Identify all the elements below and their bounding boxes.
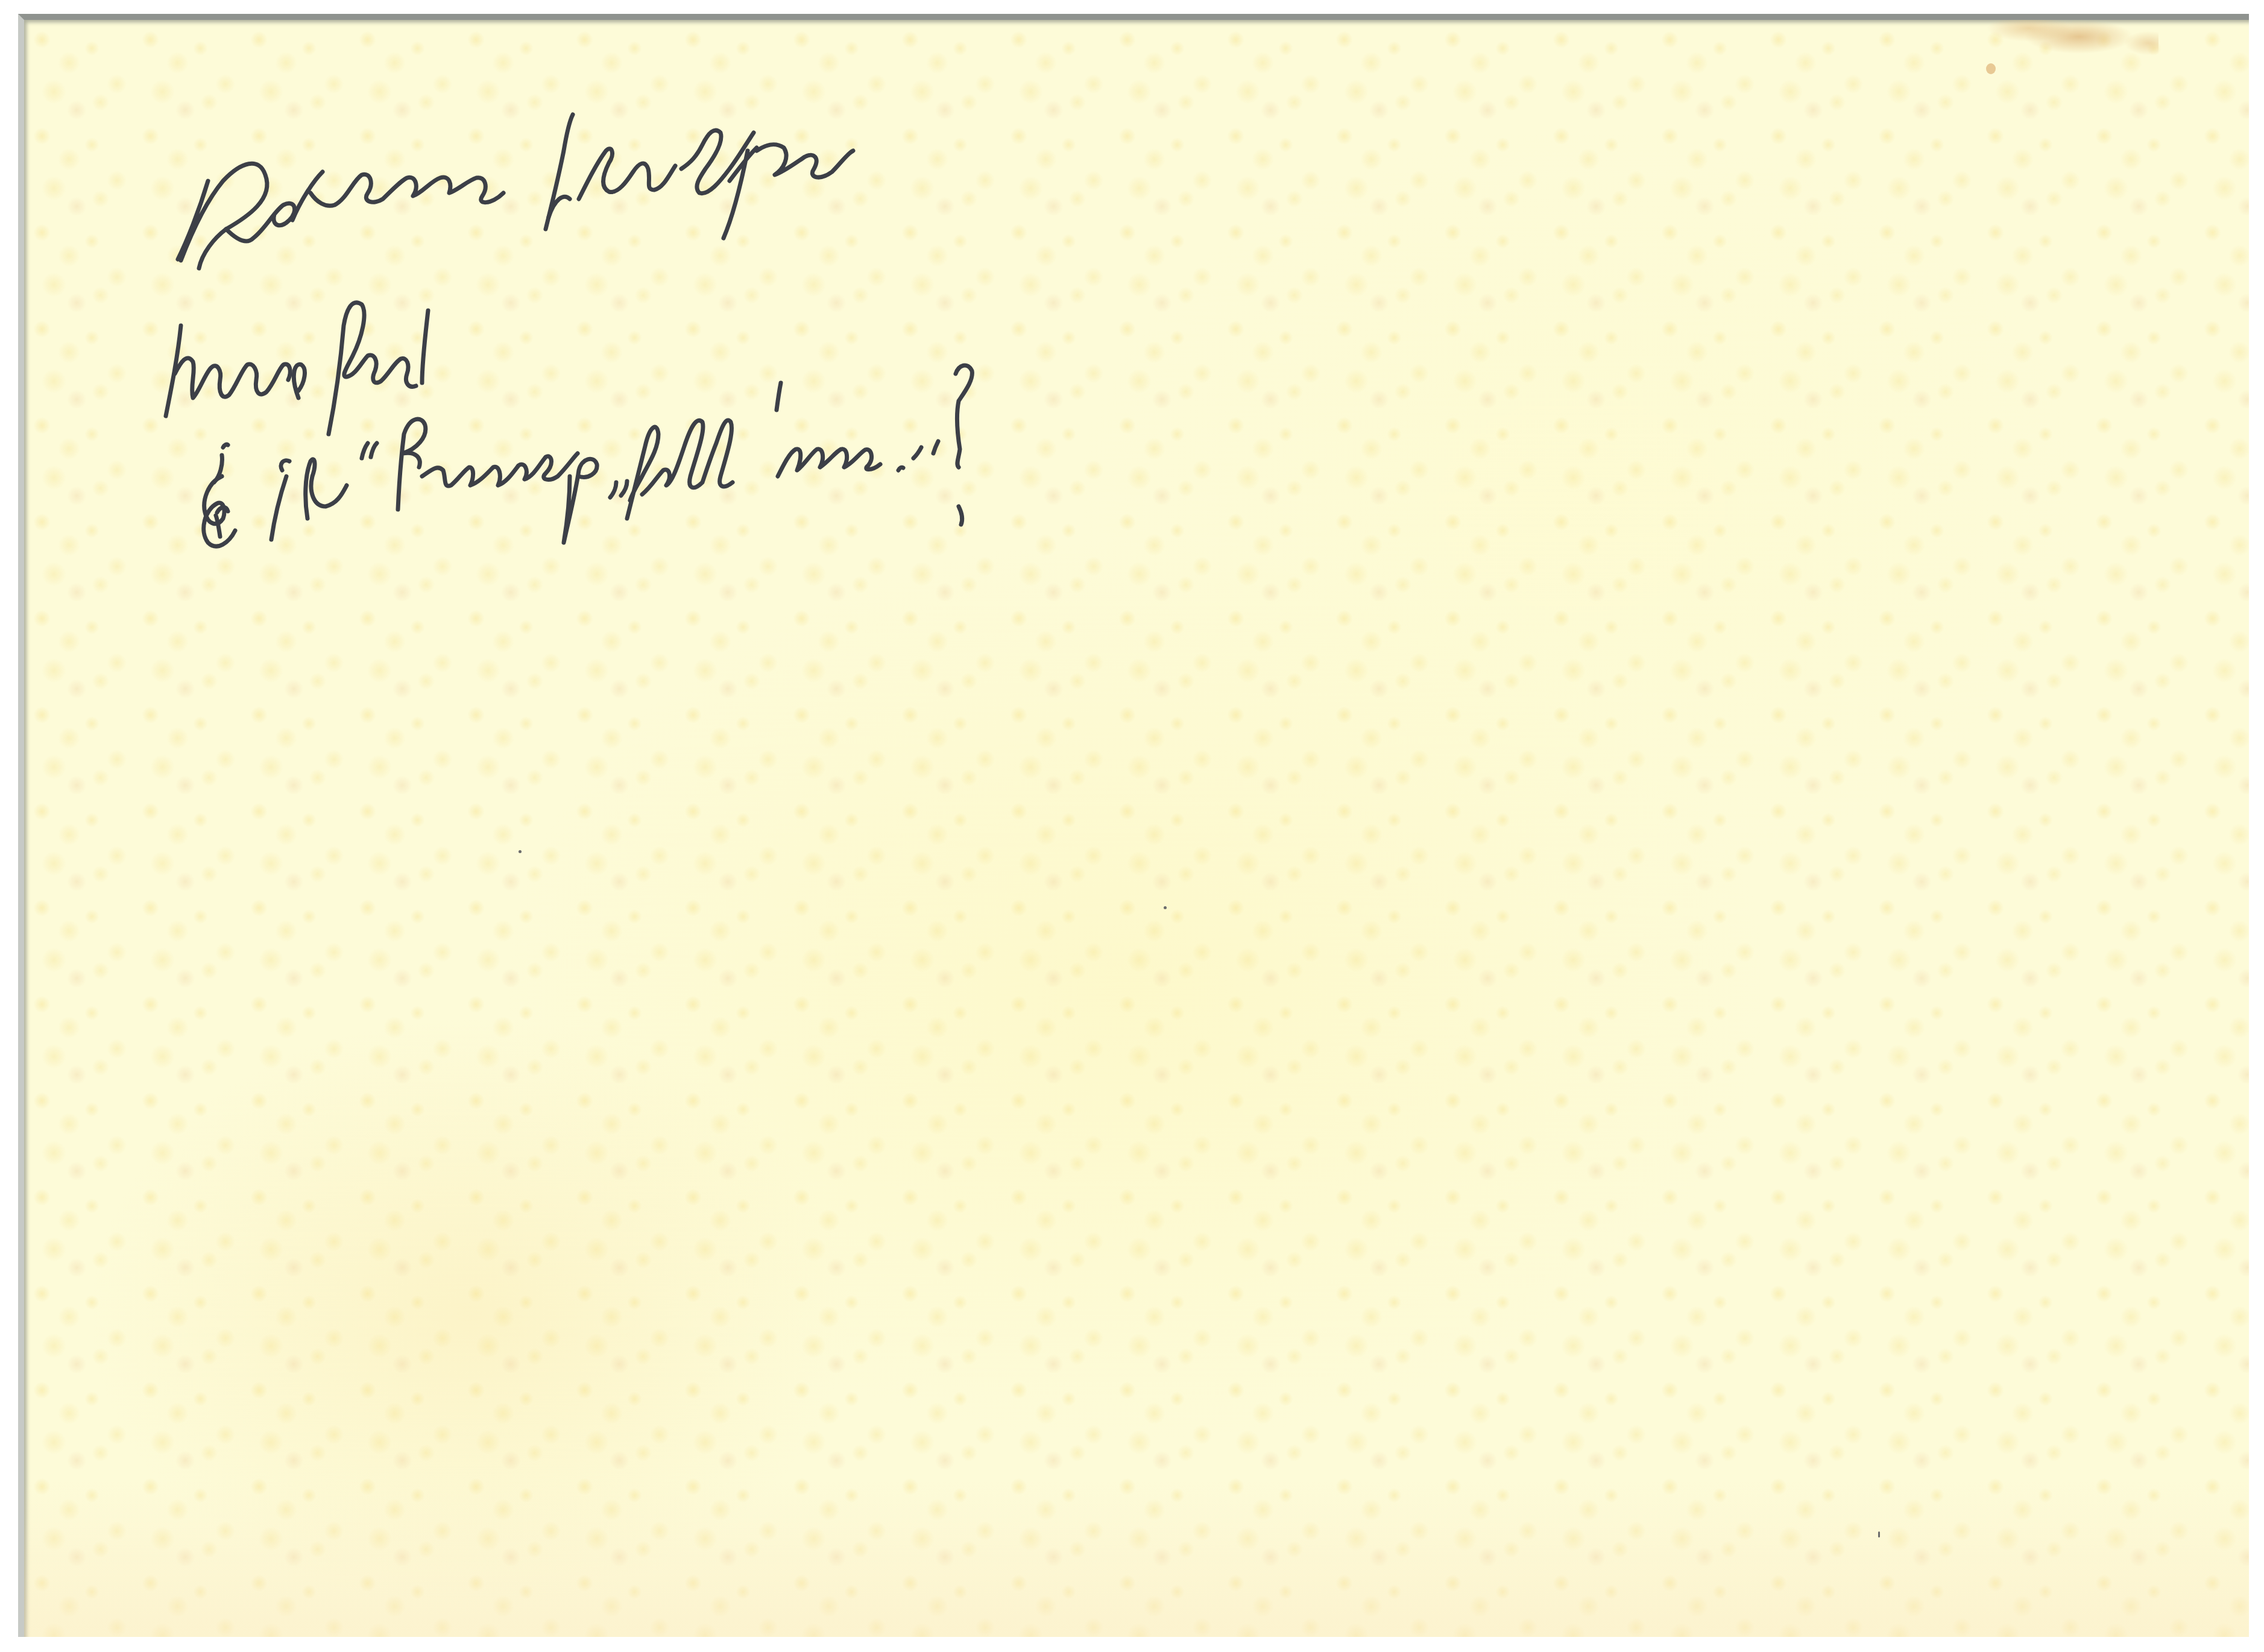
handwriting-line-3: [204, 365, 973, 546]
handwriting-line-1: [178, 115, 853, 268]
handwriting-layer: [0, 0, 2264, 1652]
handwriting-line-2: [166, 303, 428, 434]
